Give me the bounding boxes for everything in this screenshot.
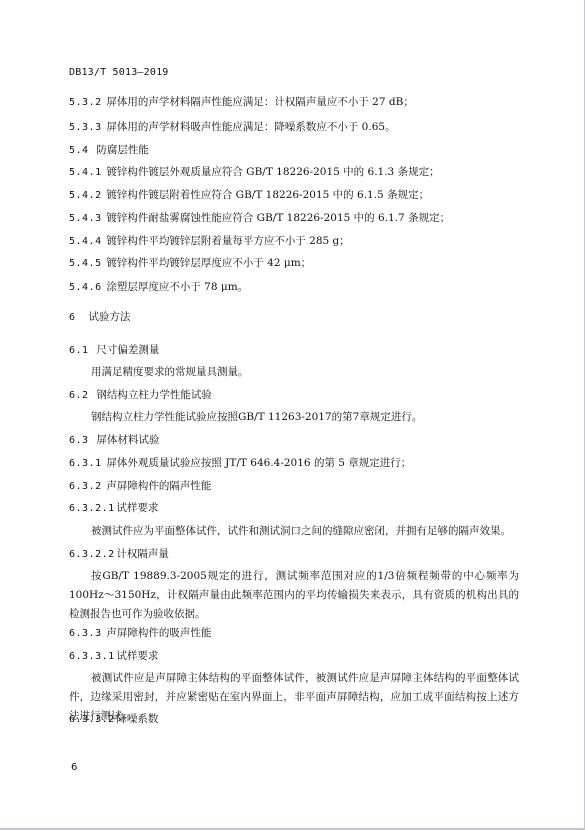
clause-text: 镀锌构件耐盐雾腐蚀性能应符合 GB/T 18226-2015 中的 6.1.7 … (106, 212, 450, 224)
clause-5-4-6: 5.4.6 涂塑层厚度应不小于 78 μm。 (69, 280, 248, 295)
clause-heading-6-3-2-2: 6.3.2.2 计权隔声量 (69, 547, 169, 562)
section-heading-6-2: 6.2 钢结构立柱力学性能试验 (69, 388, 212, 403)
clause-number: 5.4.3 (69, 212, 103, 226)
clause-title: 声屏障构件的吸声性能 (106, 627, 211, 639)
section-heading-6-3: 6.3 屏体材料试验 (69, 433, 159, 448)
section-title: 屏体材料试验 (96, 434, 159, 446)
paragraph-6-3-2-2: 按GB/T 19889.3-2005规定的进行，测试频率范围对应的1/3倍频程频… (69, 567, 519, 624)
clause-5-3-3: 5.3.3 屏体用的声学材料吸声性能应满足：降噪系数应不小于 0.65。 (69, 120, 396, 135)
section-number: 5.4 (69, 144, 93, 158)
clause-number: 5.4.2 (69, 189, 103, 203)
clause-text: 屏体用的声学材料隔声性能应满足：计权隔声量应不小于 27 dB； (106, 96, 413, 108)
section-number: 6.1 (69, 344, 93, 358)
clause-text: 镀锌构件平均镀锌层厚度应不小于 42 μm； (106, 257, 311, 269)
clause-heading-6-3-3: 6.3.3 声屏障构件的吸声性能 (69, 626, 211, 641)
clause-text: 镀锌构件平均镀锌层附着量每平方应不小于 285 g； (106, 235, 349, 247)
clause-number: 6.3.2 (69, 480, 103, 494)
paragraph-6-2: 钢结构立柱力学性能试验应按照GB/T 11263-2017的第7章规定进行。 (91, 410, 422, 424)
clause-number: 5.4.5 (69, 257, 103, 271)
clause-5-4-2: 5.4.2 镀锌构件镀层附着性应符合 GB/T 18226-2015 中的 6.… (69, 188, 429, 203)
clause-5-4-3: 5.4.3 镀锌构件耐盐雾腐蚀性能应符合 GB/T 18226-2015 中的 … (69, 211, 450, 226)
clause-number: 5.4.4 (69, 235, 103, 249)
section-heading-5-4: 5.4 防腐层性能 (69, 143, 149, 158)
section-heading-6-1: 6.1 尺寸偏差测量 (69, 343, 159, 358)
clause-5-4-4: 5.4.4 镀锌构件平均镀锌层附着量每平方应不小于 285 g； (69, 234, 350, 249)
clause-text: 镀锌构件镀层外观质量应符合 GB/T 18226-2015 中的 6.1.3 条… (106, 166, 439, 178)
clause-title: 声屏障构件的隔声性能 (106, 480, 211, 492)
clause-number: 5.4.1 (69, 166, 103, 180)
clause-heading-6-3-3-1: 6.3.3.1 试样要求 (69, 649, 158, 664)
clause-title: 降噪系数 (116, 713, 158, 725)
clause-5-3-2: 5.3.2 屏体用的声学材料隔声性能应满足：计权隔声量应不小于 27 dB； (69, 95, 414, 110)
section-number: 6.2 (69, 389, 93, 403)
clause-6-3-1: 6.3.1 屏体外观质量试验应按照 JT/T 646.4-2016 的第 5 章… (69, 456, 411, 471)
section-number: 6.3 (69, 434, 93, 448)
clause-heading-6-3-2: 6.3.2 声屏障构件的隔声性能 (69, 479, 211, 494)
section-title: 钢结构立柱力学性能试验 (96, 389, 212, 401)
clause-5-4-1: 5.4.1 镀锌构件镀层外观质量应符合 GB/T 18226-2015 中的 6… (69, 165, 440, 180)
clause-title: 试样要求 (116, 502, 158, 514)
clause-number: 6.3.2.2 (69, 548, 113, 562)
clause-number: 6.3.1 (69, 457, 103, 471)
chapter-number: 6 (69, 311, 85, 325)
clause-text: 屏体外观质量试验应按照 JT/T 646.4-2016 的第 5 章规定进行； (106, 457, 411, 469)
clause-number: 5.3.2 (69, 96, 103, 110)
clause-number: 6.3.3.1 (69, 650, 113, 664)
document-header-id: DB13/T 5013—2019 (69, 67, 169, 78)
clause-title: 计权隔声量 (116, 548, 169, 560)
clause-number: 5.3.3 (69, 121, 103, 135)
clause-heading-6-3-3-2: 6.3.3.2 降噪系数 (69, 712, 158, 727)
page-number: 6 (71, 762, 77, 773)
clause-text: 镀锌构件镀层附着性应符合 GB/T 18226-2015 中的 6.1.5 条规… (106, 189, 429, 201)
section-title: 尺寸偏差测量 (96, 344, 159, 356)
paragraph-text: 钢结构立柱力学性能试验应按照GB/T 11263-2017的第7章规定进行。 (91, 411, 422, 423)
paragraph-text: 被测试件应为平面整体试件，试件和测试洞口之间的缝隙应密闭，并拥有足够的隔声效果。 (91, 525, 511, 537)
clause-number: 6.3.2.1 (69, 502, 113, 516)
clause-text: 涂塑层厚度应不小于 78 μm。 (106, 281, 248, 293)
clause-number: 6.3.3.2 (69, 713, 113, 727)
clause-5-4-5: 5.4.5 镀锌构件平均镀锌层厚度应不小于 42 μm； (69, 256, 311, 271)
paragraph-text: 用满足精度要求的常规量具测量。 (91, 366, 249, 378)
clause-heading-6-3-2-1: 6.3.2.1 试样要求 (69, 501, 158, 516)
clause-title: 试样要求 (116, 650, 158, 662)
chapter-title: 试验方法 (88, 311, 130, 323)
chapter-heading-6: 6 试验方法 (69, 310, 130, 325)
section-title: 防腐层性能 (96, 144, 149, 156)
clause-text: 屏体用的声学材料吸声性能应满足：降噪系数应不小于 0.65。 (106, 121, 395, 133)
clause-number: 6.3.3 (69, 627, 103, 641)
paragraph-6-3-2-1: 被测试件应为平面整体试件，试件和测试洞口之间的缝隙应密闭，并拥有足够的隔声效果。 (91, 524, 511, 538)
document-page: DB13/T 5013—2019 5.3.2 屏体用的声学材料隔声性能应满足：计… (0, 0, 585, 830)
paragraph-6-1: 用满足精度要求的常规量具测量。 (91, 365, 249, 379)
clause-number: 5.4.6 (69, 281, 103, 295)
